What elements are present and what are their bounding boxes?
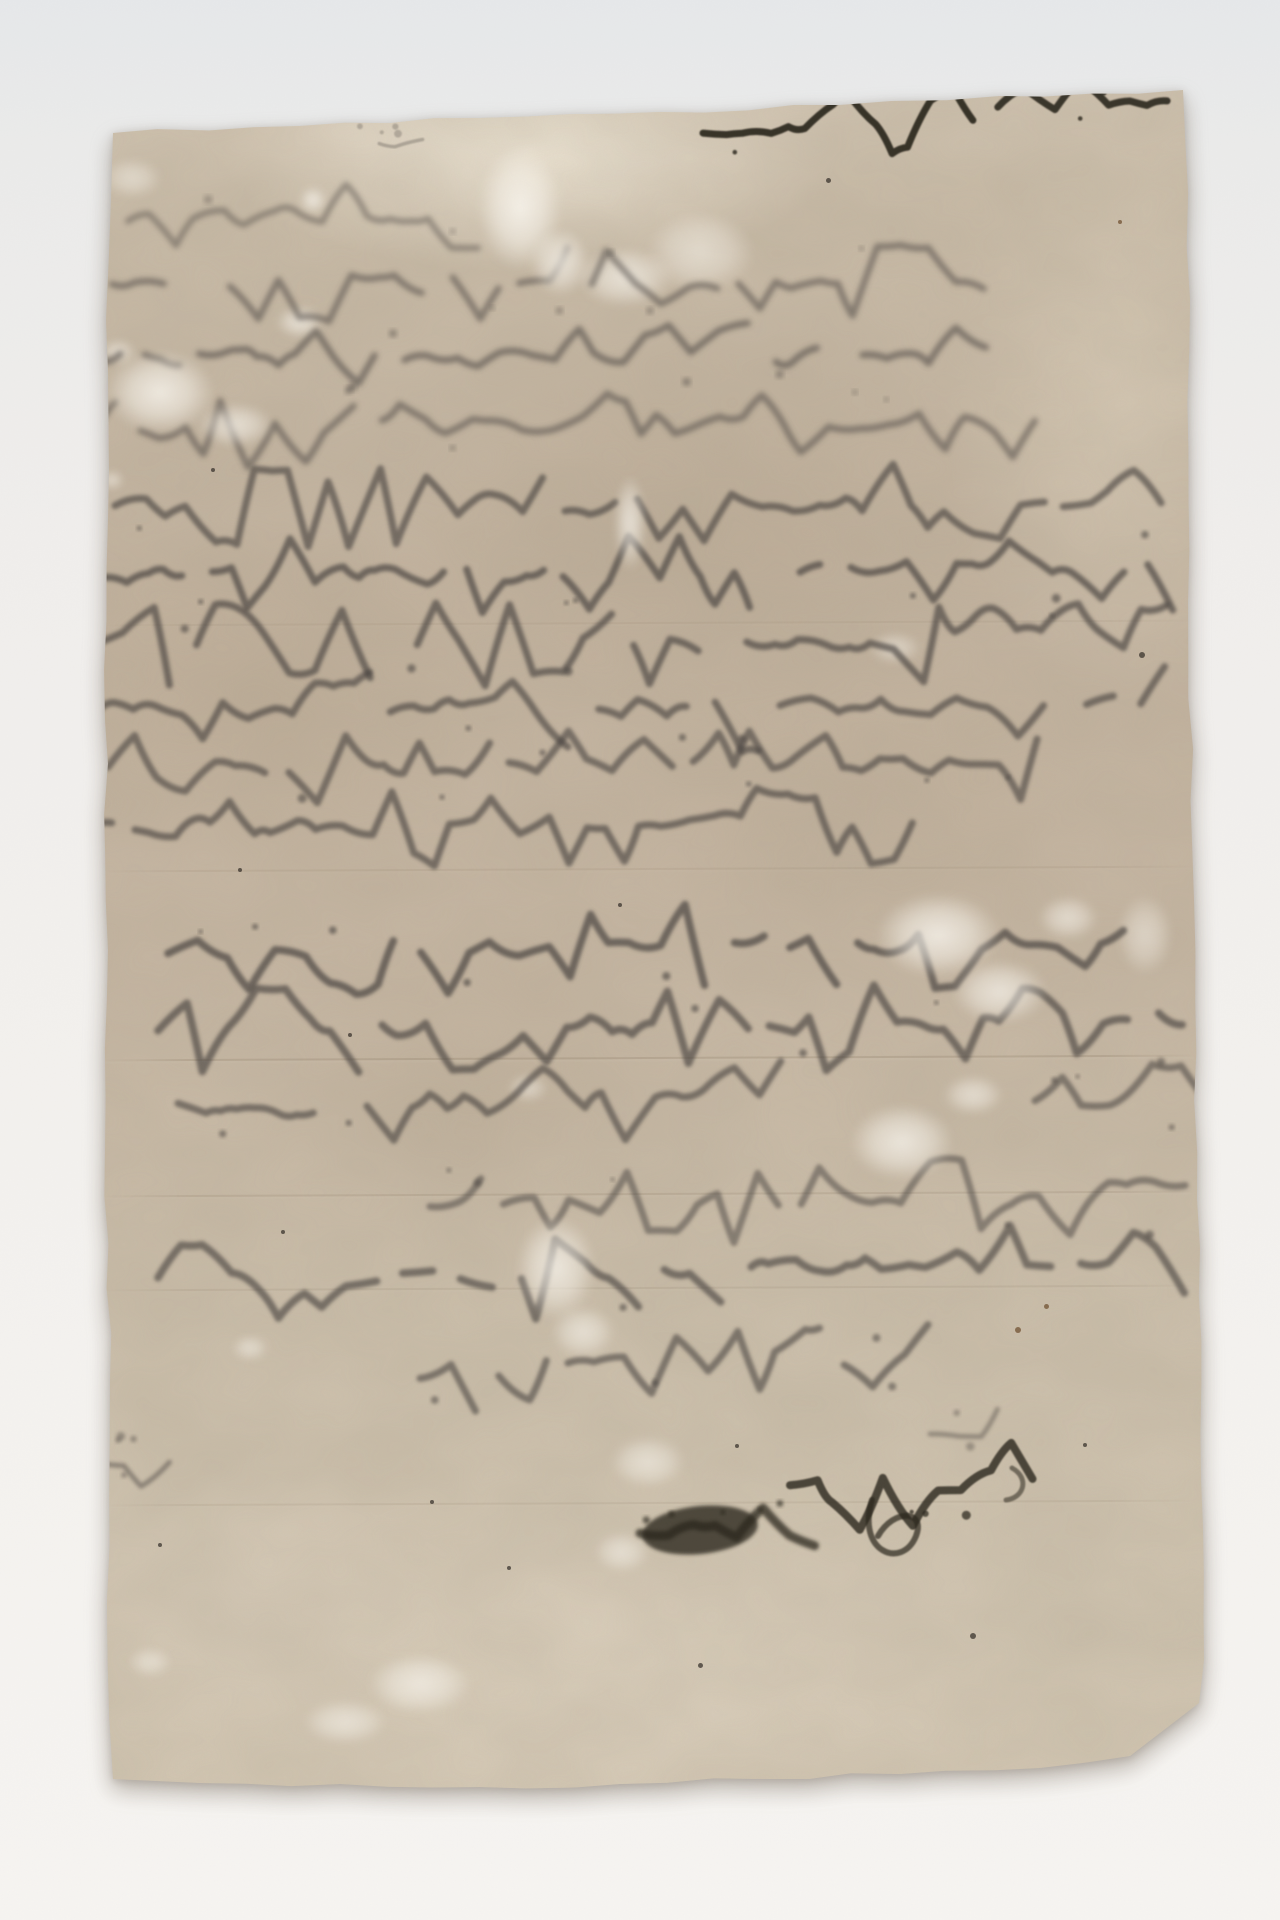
manuscript-paper <box>0 0 1280 1920</box>
ink-speck <box>1118 220 1122 224</box>
ink-speck <box>238 868 242 872</box>
inscription-right-a <box>703 87 973 154</box>
photo-stage <box>0 0 1280 1920</box>
ink-speck <box>1015 1327 1021 1333</box>
ink-speck <box>735 1444 739 1448</box>
ink-speck <box>507 1566 511 1570</box>
line-6 <box>95 603 1166 686</box>
line-15 <box>420 1325 928 1411</box>
line-9 <box>95 788 942 866</box>
abrasion-stain <box>300 187 326 213</box>
inscription-right-b <box>998 80 1167 110</box>
line-12 <box>178 1061 781 1140</box>
handwriting-layer <box>0 0 1280 1920</box>
abrasion-stain <box>516 1216 596 1320</box>
abrasion-stain <box>197 403 273 447</box>
ink-speck <box>1139 652 1145 658</box>
line-12-right <box>1035 1064 1208 1106</box>
manuscript-paper-shadow <box>0 0 1280 1920</box>
line-2 <box>102 323 1017 383</box>
left-mark <box>92 1462 169 1486</box>
ink-speck <box>88 1036 92 1040</box>
ink-speck <box>430 1500 434 1504</box>
abrasion-stain <box>551 1306 615 1358</box>
ink-speck <box>618 903 622 907</box>
ink-speck <box>1044 1304 1049 1309</box>
line-14 <box>158 1226 1184 1319</box>
ink-speck <box>158 1543 162 1547</box>
abrasion-stain <box>530 228 590 296</box>
pre-signature-mark <box>930 1409 998 1436</box>
line-8 <box>108 731 1037 803</box>
ink-speck <box>970 1633 976 1639</box>
ink-speck <box>211 468 215 472</box>
ink-speck <box>348 1033 352 1037</box>
pencil-note <box>379 140 422 147</box>
abrasion-stain <box>594 1532 650 1572</box>
abrasion-stain <box>850 1104 954 1180</box>
ink-speck <box>698 1663 703 1668</box>
abrasion-stain <box>614 475 646 571</box>
line-7 <box>100 667 1165 752</box>
ink-speck <box>826 178 831 183</box>
abrasion-stain <box>952 960 1048 1024</box>
ink-speck <box>281 1230 285 1234</box>
ink-speck <box>1083 1443 1087 1447</box>
abrasion-stain <box>76 1315 104 1375</box>
main-text-block <box>92 80 1208 1546</box>
